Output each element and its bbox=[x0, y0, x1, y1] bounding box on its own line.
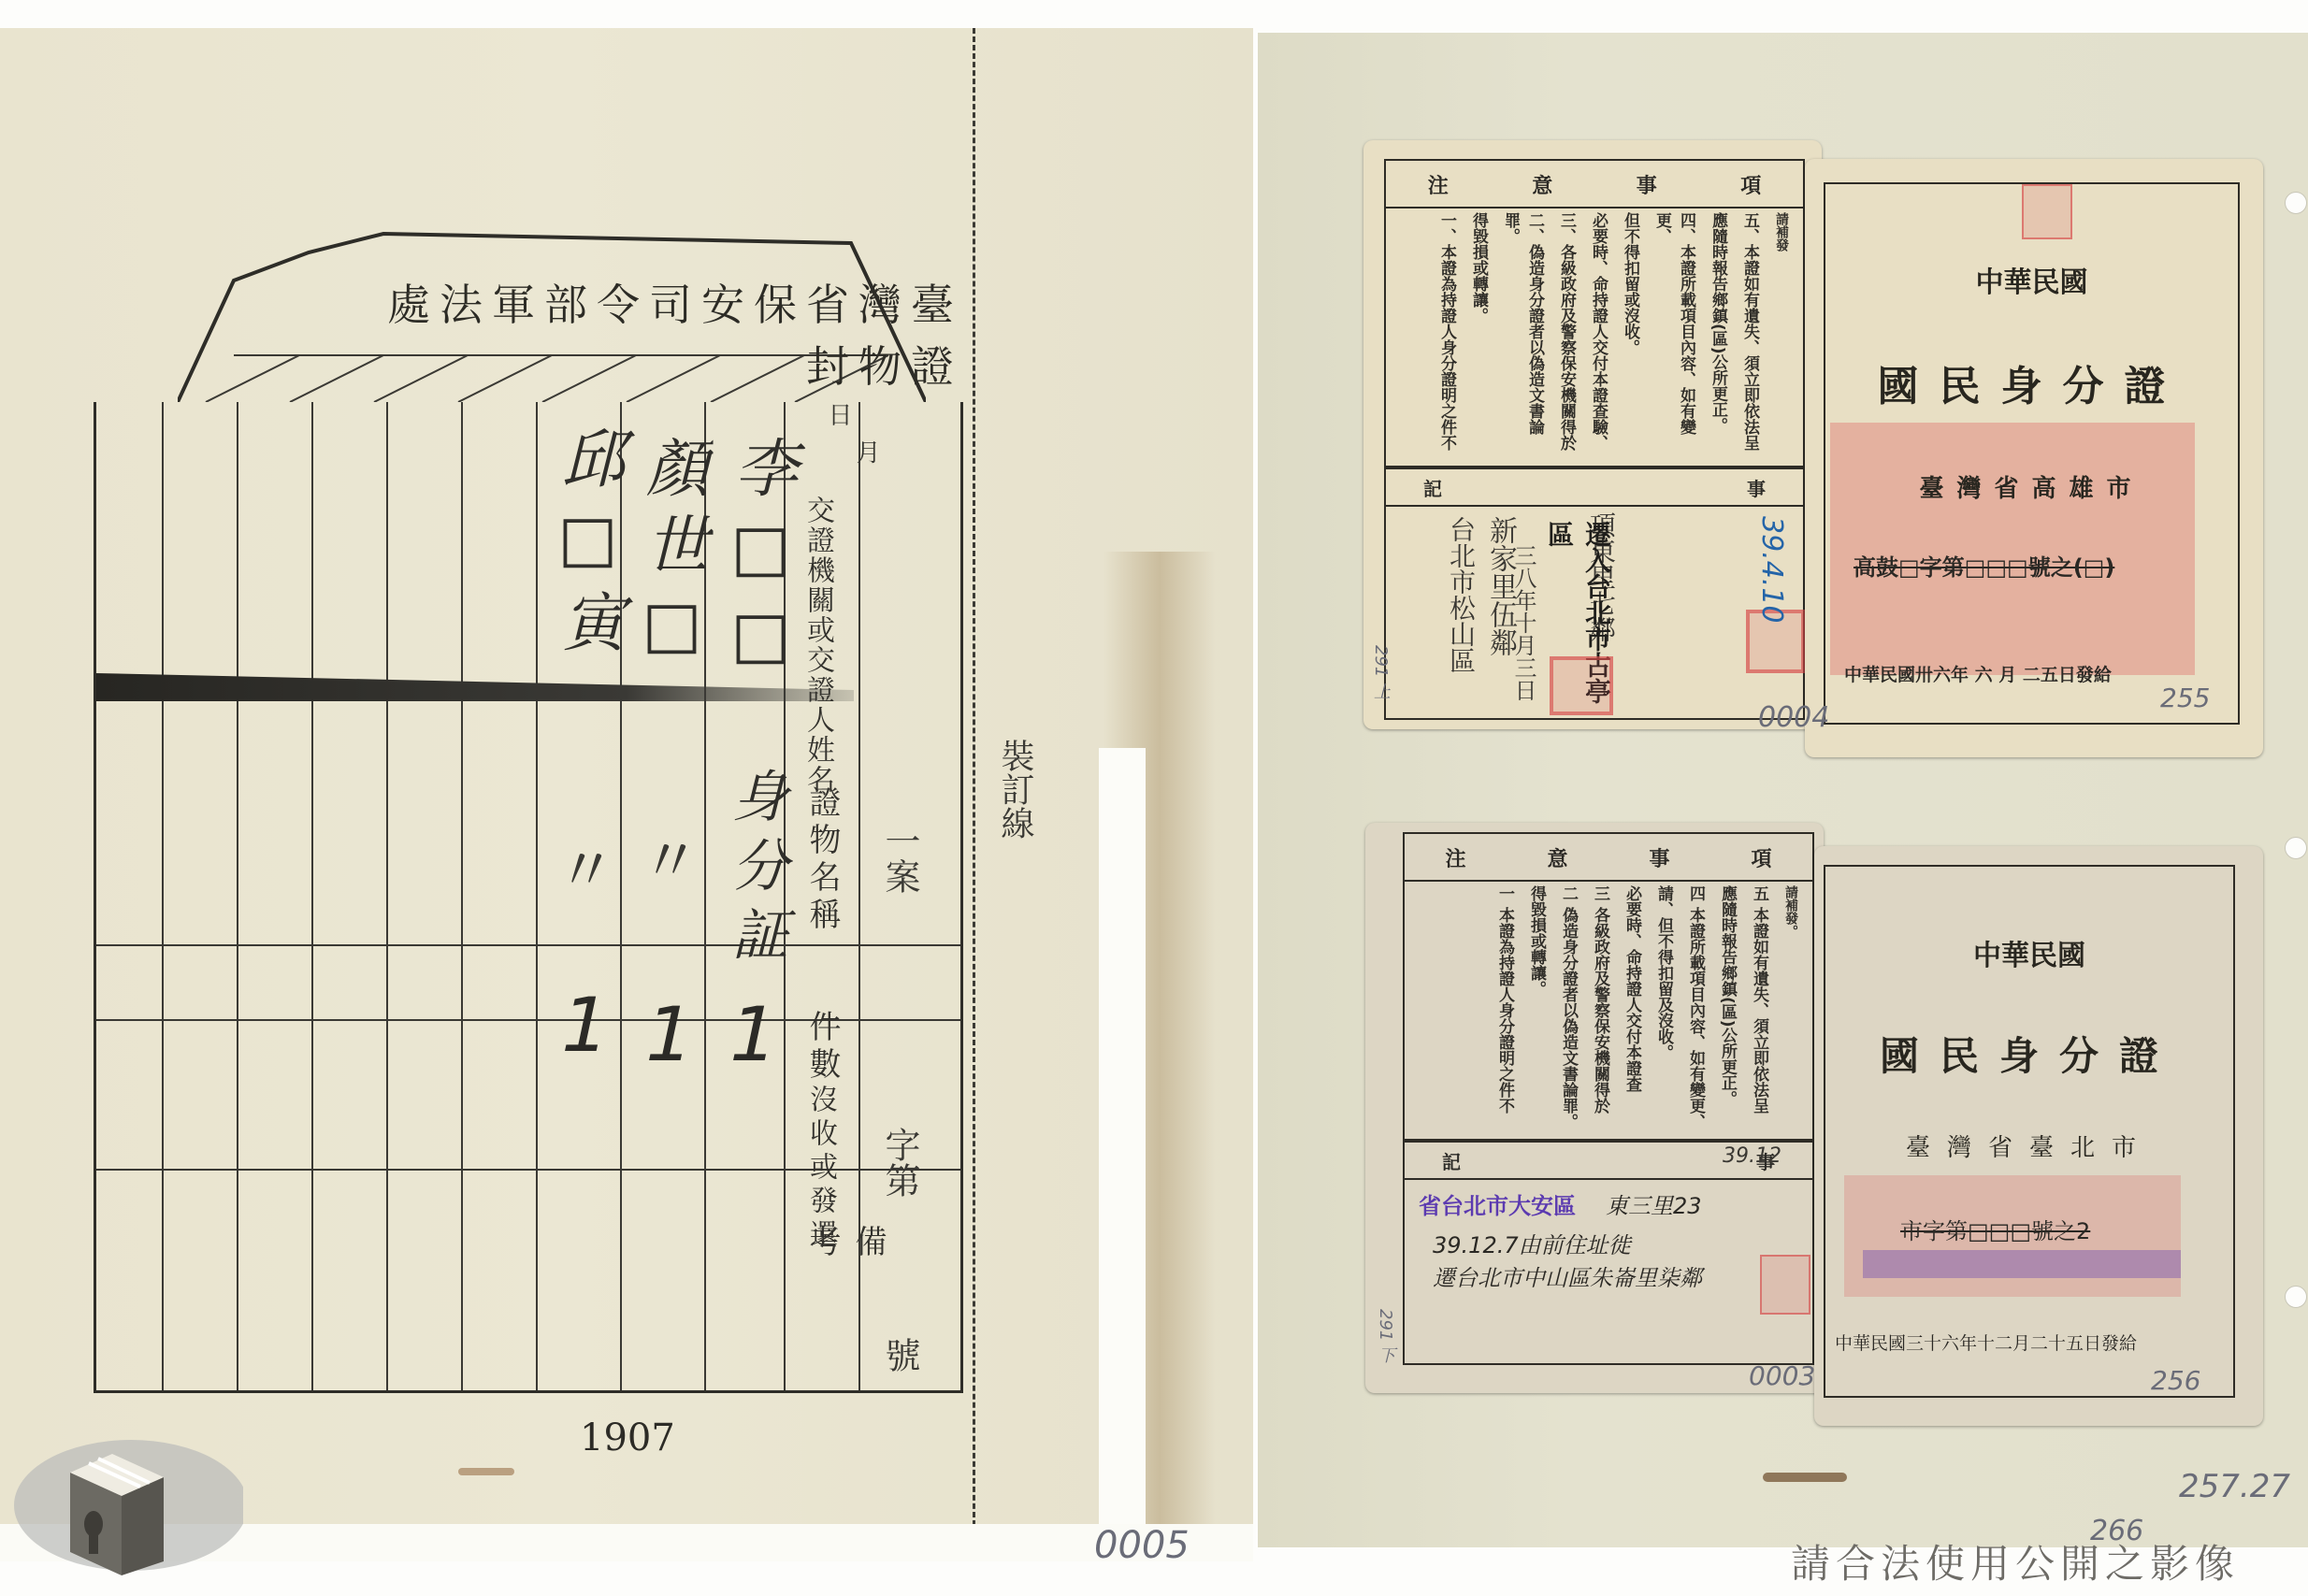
registry-seal bbox=[1760, 1255, 1810, 1315]
row-1-submitter: 李□□ bbox=[715, 435, 806, 685]
id-number-line: 市字第□□□號之2 bbox=[1900, 1213, 2090, 1245]
pencil-mark: 255 bbox=[2160, 683, 2210, 713]
notice-item: 但不得扣留或沒收。 bbox=[1618, 212, 1642, 456]
usage-watermark: 請合法使用公開之影像 bbox=[1791, 1533, 2240, 1589]
margin-note: 291 下 bbox=[1373, 1309, 1397, 1363]
binding-fold-line bbox=[973, 28, 978, 1543]
issuing-authority: 臺灣省高雄市 bbox=[1825, 469, 2238, 504]
notice-item: 五、本證如有遺失、須立即依法呈 bbox=[1738, 212, 1762, 456]
country-name: 中華民國 bbox=[1825, 259, 2238, 300]
notice-item: 二、偽造身分證者以偽造文書論罪。 bbox=[1498, 212, 1547, 456]
label-month: 月 bbox=[849, 439, 884, 469]
notice-item: 二 偽造身分證者以偽造文書論罪。 bbox=[1556, 885, 1580, 1129]
id-number-line: 高鼓□字第□□□號之(□) bbox=[1854, 549, 2114, 582]
notice-title-char: 事 bbox=[1649, 843, 1669, 872]
cover-panel: 中華民國 國民身分證 臺灣省高雄市 高鼓□字第□□□號之(□) 中華民國卅六年 … bbox=[1824, 182, 2240, 725]
notice-item: 四、本證所載項目內容、如有變更、 bbox=[1650, 212, 1698, 456]
row-3-evidence: 〃 bbox=[556, 823, 616, 909]
notice-title-char: 注 bbox=[1445, 843, 1465, 872]
id-card-title: 國民身分證 bbox=[1825, 1026, 2233, 1082]
country-name: 中華民國 bbox=[1825, 932, 2233, 973]
registry-seal bbox=[1550, 656, 1613, 715]
records-title-char: 事 bbox=[1747, 474, 1766, 501]
record-entry: 東三里23 bbox=[1606, 1187, 1702, 1220]
notice-list: 請補發 五、本證如有遺失、須立即依法呈 應隨時報告鄉鎮(區)公所更正。 四、本證… bbox=[1395, 212, 1794, 456]
staple-rust-mark bbox=[458, 1468, 514, 1475]
notice-panel: 注 意 事 項 請補發。 五 本證如有遺失、須立即依法呈 應隨時報告鄉鎮(區)公… bbox=[1403, 832, 1814, 1141]
notice-item: 應隨時報告鄉鎮(區)公所更正。 bbox=[1706, 212, 1730, 456]
issue-date: 中華民國卅六年 六 月 二五日發給 bbox=[1844, 661, 2112, 686]
purple-revision-stamp bbox=[1863, 1250, 2181, 1278]
inspection-seal bbox=[2022, 184, 2072, 239]
record-entry: 39.12.7由前住址徙 bbox=[1433, 1227, 1631, 1259]
label-word-number: 字第 bbox=[874, 1127, 926, 1198]
records-panel: 記 事 新家里伍鄰 台北市松山區 項東里七鄰 遷入台北市古亭區 三八年十月三日 … bbox=[1384, 467, 1805, 720]
id-card-2-back: 注 意 事 項 請補發。 五 本證如有遺失、須立即依法呈 應隨時報告鄉鎮(區)公… bbox=[1365, 823, 1824, 1393]
evidence-envelope-form: 臺灣省保安司令部軍法處證物封 日 月 交證機關或交證人姓名 證物名稱 件數 沒收… bbox=[94, 215, 963, 1393]
notice-title-char: 事 bbox=[1637, 170, 1657, 199]
records-title-char: 記 bbox=[1442, 1147, 1461, 1174]
notice-item: 必要時、命持證人交付本證查驗、 bbox=[1586, 212, 1610, 456]
notice-item: 應隨時報告鄉鎮(區)公所更正。 bbox=[1715, 885, 1739, 1129]
record-date-note: 39.12 bbox=[1723, 1144, 1781, 1168]
notice-item: 三、各級政府及警察保安機關得於 bbox=[1554, 212, 1579, 456]
cover-panel: 中華民國 國民身分證 臺灣省臺北市 市字第□□□號之2 中華民國三十六年十二月二… bbox=[1824, 865, 2235, 1398]
notice-title-char: 注 bbox=[1428, 170, 1449, 199]
id-card-1-cover: 中華民國 國民身分證 臺灣省高雄市 高鼓□字第□□□號之(□) 中華民國卅六年 … bbox=[1805, 159, 2263, 757]
row-2-submitter: 顏世□ bbox=[627, 435, 717, 675]
id-card-2-cover: 中華民國 國民身分證 臺灣省臺北市 市字第□□□號之2 中華民國三十六年十二月二… bbox=[1814, 846, 2263, 1426]
record-entry: 遷台北市中山區朱崙里柒鄰 bbox=[1433, 1259, 1702, 1292]
notice-item: 請補發 bbox=[1769, 212, 1794, 456]
notice-item: 得毀損或轉讓。 bbox=[1466, 212, 1491, 456]
notice-item: 五 本證如有遺失、須立即依法呈 bbox=[1747, 885, 1771, 1129]
issuing-authority: 臺灣省臺北市 bbox=[1825, 1129, 2233, 1163]
margin-note: 291 上 bbox=[1368, 645, 1392, 699]
printed-page-number: 1907 bbox=[580, 1416, 675, 1459]
id-card-1-back: 注 意 事 項 請補發 五、本證如有遺失、須立即依法呈 應隨時報告鄉鎮(區)公所… bbox=[1363, 140, 1822, 729]
binding-line-label: 裝訂線 bbox=[991, 739, 1039, 840]
notice-item: 一、本證為持證人身分證明之件不 bbox=[1435, 212, 1459, 456]
label-evidence-name: 證物名稱 bbox=[800, 785, 845, 935]
punch-hole bbox=[2285, 837, 2307, 859]
notice-panel: 注 意 事 項 請補發 五、本證如有遺失、須立即依法呈 應隨時報告鄉鎮(區)公所… bbox=[1384, 159, 1805, 467]
pencil-mark: 256 bbox=[2151, 1365, 2200, 1396]
torn-edge bbox=[1099, 748, 1146, 1543]
blue-date-annotation: 39.4.10 bbox=[1755, 516, 1788, 624]
records-title-char: 記 bbox=[1423, 474, 1442, 501]
staple-rust-mark bbox=[1763, 1473, 1847, 1482]
archive-logo-icon bbox=[0, 1421, 243, 1580]
row-3-submitter: 邱□寅 bbox=[542, 425, 633, 666]
record-date: 三八年十月三日 bbox=[1507, 544, 1540, 701]
punch-hole bbox=[2285, 1286, 2307, 1308]
pencil-mark: 257.27 bbox=[2179, 1468, 2290, 1505]
pencil-mark: 0004 bbox=[1758, 701, 1829, 734]
notice-title-char: 項 bbox=[1751, 843, 1771, 872]
notice-item: 請、但不得扣留及沒收。 bbox=[1652, 885, 1676, 1129]
notice-item: 四 本證所載項目內容、如有變更、 bbox=[1683, 885, 1708, 1129]
label-day: 日 bbox=[821, 402, 856, 432]
notice-item: 三 各級政府及警察保安機關得於 bbox=[1588, 885, 1612, 1129]
label-quantity: 件數 bbox=[800, 1010, 845, 1085]
row-2-evidence: 〃 bbox=[641, 813, 700, 899]
label-number: 號 bbox=[874, 1337, 926, 1373]
notice-item: 請補發。 bbox=[1779, 885, 1803, 1129]
id-card-title: 國民身分證 bbox=[1825, 352, 2238, 412]
label-case: 一案 bbox=[874, 823, 926, 894]
row-1-evidence: 身分証 bbox=[715, 767, 796, 974]
purple-address-stamp: 省台北市大安區 bbox=[1419, 1187, 1576, 1220]
pencil-mark: 0003 bbox=[1749, 1360, 1815, 1391]
punch-hole bbox=[2285, 192, 2307, 214]
notice-title-char: 意 bbox=[1547, 843, 1567, 872]
envelope-title: 臺灣省保安司令部軍法處證物封 bbox=[355, 271, 963, 395]
notice-item: 必要時、命持證人交付本證查 bbox=[1620, 885, 1644, 1129]
issue-date: 中華民國三十六年十二月二十五日發給 bbox=[1835, 1330, 2137, 1355]
notice-item: 得毀損或轉讓。 bbox=[1524, 885, 1549, 1129]
records-panel: 記 事 39.12 省台北市大安區 東三里23 39.12.7由前住址徙 遷台北… bbox=[1403, 1141, 1814, 1365]
notice-list: 請補發。 五 本證如有遺失、須立即依法呈 應隨時報告鄉鎮(區)公所更正。 四 本… bbox=[1414, 885, 1803, 1129]
pencil-page-number: 0005 bbox=[1094, 1524, 1190, 1567]
notice-item: 一 本證為持證人身分證明之件不 bbox=[1493, 885, 1517, 1129]
notice-title-char: 項 bbox=[1740, 170, 1761, 199]
record-entry: 台北市松山區 bbox=[1442, 516, 1479, 673]
notice-title-char: 意 bbox=[1532, 170, 1552, 199]
